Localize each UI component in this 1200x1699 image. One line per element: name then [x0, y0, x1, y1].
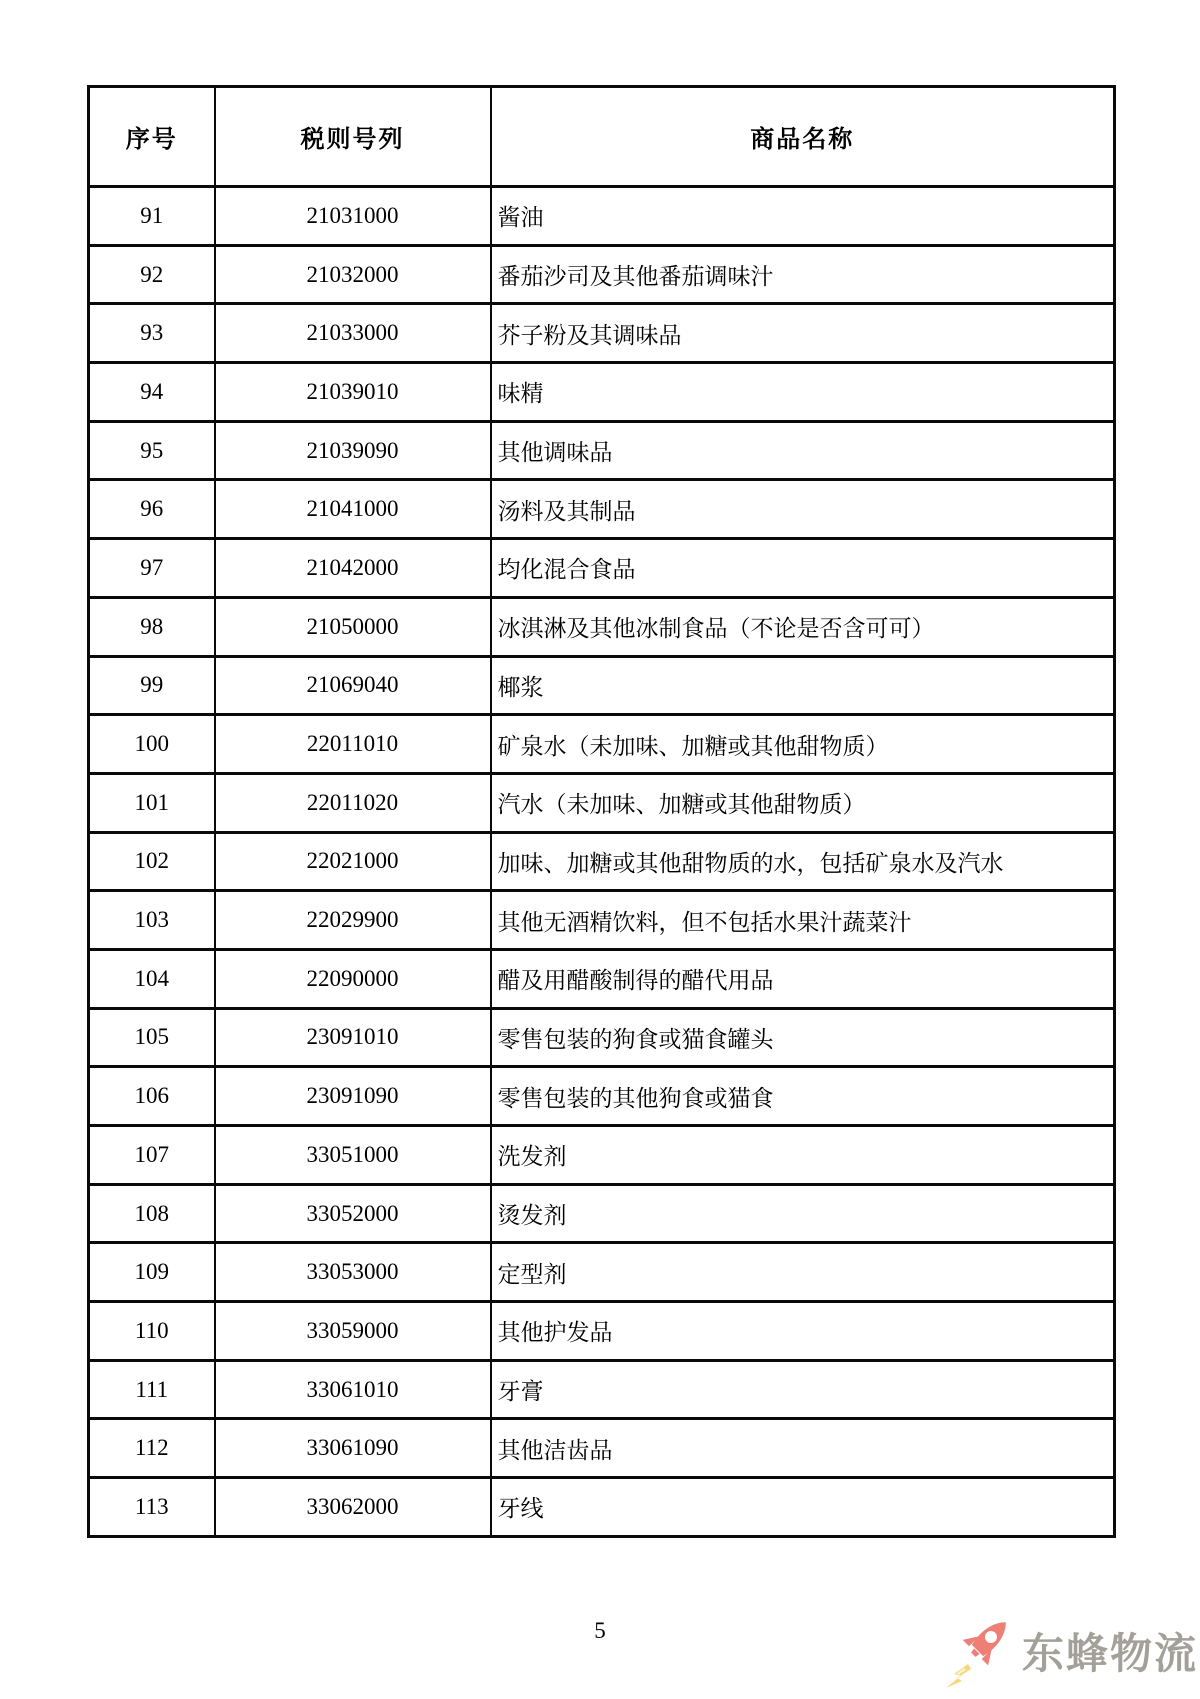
cell-tariff-code: 21032000 [215, 245, 491, 304]
cell-serial-number: 93 [89, 304, 215, 363]
cell-tariff-code: 33059000 [215, 1302, 491, 1361]
cell-serial-number: 98 [89, 597, 215, 656]
table-row: 11333062000牙线 [89, 1478, 1115, 1537]
cell-serial-number: 107 [89, 1126, 215, 1185]
table-row: 10322029900其他无酒精饮料，但不包括水果汁蔬菜汁 [89, 891, 1115, 950]
cell-tariff-code: 21039010 [215, 363, 491, 422]
cell-serial-number: 112 [89, 1419, 215, 1478]
cell-product-name: 汤料及其制品 [491, 480, 1115, 539]
cell-tariff-code: 21033000 [215, 304, 491, 363]
cell-tariff-code: 22021000 [215, 832, 491, 891]
cell-tariff-code: 33051000 [215, 1126, 491, 1185]
table-row: 10623091090零售包装的其他狗食或猫食 [89, 1067, 1115, 1126]
cell-serial-number: 108 [89, 1184, 215, 1243]
table-row: 10422090000醋及用醋酸制得的醋代用品 [89, 949, 1115, 1008]
table-row: 9821050000冰淇淋及其他冰制食品（不论是否含可可） [89, 597, 1115, 656]
cell-product-name: 醋及用醋酸制得的醋代用品 [491, 949, 1115, 1008]
cell-serial-number: 103 [89, 891, 215, 950]
table-row: 9721042000均化混合食品 [89, 539, 1115, 598]
cell-product-name: 汽水（未加味、加糖或其他甜物质） [491, 773, 1115, 832]
cell-product-name: 矿泉水（未加味、加糖或其他甜物质） [491, 715, 1115, 774]
table-row: 9521039090其他调味品 [89, 421, 1115, 480]
table-row: 10022011010矿泉水（未加味、加糖或其他甜物质） [89, 715, 1115, 774]
cell-serial-number: 111 [89, 1360, 215, 1419]
cell-serial-number: 102 [89, 832, 215, 891]
rocket-icon [938, 1608, 1018, 1699]
cell-serial-number: 101 [89, 773, 215, 832]
cell-product-name: 烫发剂 [491, 1184, 1115, 1243]
table-row: 9621041000汤料及其制品 [89, 480, 1115, 539]
cell-serial-number: 113 [89, 1478, 215, 1537]
cell-tariff-code: 23091090 [215, 1067, 491, 1126]
cell-serial-number: 110 [89, 1302, 215, 1361]
table-row: 9221032000番茄沙司及其他番茄调味汁 [89, 245, 1115, 304]
table-row: 10523091010零售包装的狗食或猫食罐头 [89, 1008, 1115, 1067]
cell-serial-number: 97 [89, 539, 215, 598]
cell-product-name: 零售包装的狗食或猫食罐头 [491, 1008, 1115, 1067]
cell-product-name: 牙线 [491, 1478, 1115, 1537]
cell-tariff-code: 23091010 [215, 1008, 491, 1067]
header-tariff-code: 税则号列 [215, 87, 491, 187]
cell-serial-number: 109 [89, 1243, 215, 1302]
cell-product-name: 定型剂 [491, 1243, 1115, 1302]
cell-tariff-code: 21041000 [215, 480, 491, 539]
table-row: 9321033000芥子粉及其调味品 [89, 304, 1115, 363]
document-page: 序号 税则号列 商品名称 9121031000酱油9221032000番茄沙司及… [0, 0, 1200, 1699]
cell-product-name: 加味、加糖或其他甜物质的水，包括矿泉水及汽水 [491, 832, 1115, 891]
tariff-table: 序号 税则号列 商品名称 9121031000酱油9221032000番茄沙司及… [87, 85, 1116, 1538]
cell-tariff-code: 22011020 [215, 773, 491, 832]
table-row: 11033059000其他护发品 [89, 1302, 1115, 1361]
cell-serial-number: 99 [89, 656, 215, 715]
cell-tariff-code: 21069040 [215, 656, 491, 715]
table-row: 9921069040椰浆 [89, 656, 1115, 715]
cell-product-name: 椰浆 [491, 656, 1115, 715]
cell-tariff-code: 33061090 [215, 1419, 491, 1478]
cell-serial-number: 100 [89, 715, 215, 774]
cell-product-name: 其他调味品 [491, 421, 1115, 480]
header-product-name: 商品名称 [491, 87, 1115, 187]
table-row: 10122011020汽水（未加味、加糖或其他甜物质） [89, 773, 1115, 832]
cell-serial-number: 104 [89, 949, 215, 1008]
cell-product-name: 酱油 [491, 187, 1115, 246]
cell-tariff-code: 22090000 [215, 949, 491, 1008]
cell-tariff-code: 21050000 [215, 597, 491, 656]
cell-serial-number: 95 [89, 421, 215, 480]
table-row: 11233061090其他洁齿品 [89, 1419, 1115, 1478]
table-row: 11133061010牙膏 [89, 1360, 1115, 1419]
cell-serial-number: 96 [89, 480, 215, 539]
table-row: 10222021000加味、加糖或其他甜物质的水，包括矿泉水及汽水 [89, 832, 1115, 891]
table-row: 10933053000定型剂 [89, 1243, 1115, 1302]
cell-tariff-code: 33062000 [215, 1478, 491, 1537]
cell-serial-number: 106 [89, 1067, 215, 1126]
cell-product-name: 味精 [491, 363, 1115, 422]
cell-tariff-code: 33061010 [215, 1360, 491, 1419]
cell-tariff-code: 33053000 [215, 1243, 491, 1302]
cell-product-name: 其他护发品 [491, 1302, 1115, 1361]
cell-tariff-code: 21042000 [215, 539, 491, 598]
table-header-row: 序号 税则号列 商品名称 [89, 87, 1115, 187]
cell-serial-number: 91 [89, 187, 215, 246]
logo: 东蜂物流 [938, 1608, 1198, 1699]
cell-serial-number: 94 [89, 363, 215, 422]
cell-product-name: 均化混合食品 [491, 539, 1115, 598]
logo-text: 东蜂物流 [1022, 1633, 1198, 1675]
cell-product-name: 零售包装的其他狗食或猫食 [491, 1067, 1115, 1126]
cell-serial-number: 105 [89, 1008, 215, 1067]
cell-product-name: 冰淇淋及其他冰制食品（不论是否含可可） [491, 597, 1115, 656]
cell-product-name: 牙膏 [491, 1360, 1115, 1419]
cell-tariff-code: 33052000 [215, 1184, 491, 1243]
cell-serial-number: 92 [89, 245, 215, 304]
cell-tariff-code: 22011010 [215, 715, 491, 774]
cell-product-name: 芥子粉及其调味品 [491, 304, 1115, 363]
header-serial-number: 序号 [89, 87, 215, 187]
table-row: 10733051000洗发剂 [89, 1126, 1115, 1185]
cell-tariff-code: 21031000 [215, 187, 491, 246]
cell-product-name: 其他无酒精饮料，但不包括水果汁蔬菜汁 [491, 891, 1115, 950]
cell-tariff-code: 22029900 [215, 891, 491, 950]
cell-product-name: 番茄沙司及其他番茄调味汁 [491, 245, 1115, 304]
table-row: 9421039010味精 [89, 363, 1115, 422]
table-row: 10833052000烫发剂 [89, 1184, 1115, 1243]
table-row: 9121031000酱油 [89, 187, 1115, 246]
cell-product-name: 洗发剂 [491, 1126, 1115, 1185]
cell-product-name: 其他洁齿品 [491, 1419, 1115, 1478]
cell-tariff-code: 21039090 [215, 421, 491, 480]
